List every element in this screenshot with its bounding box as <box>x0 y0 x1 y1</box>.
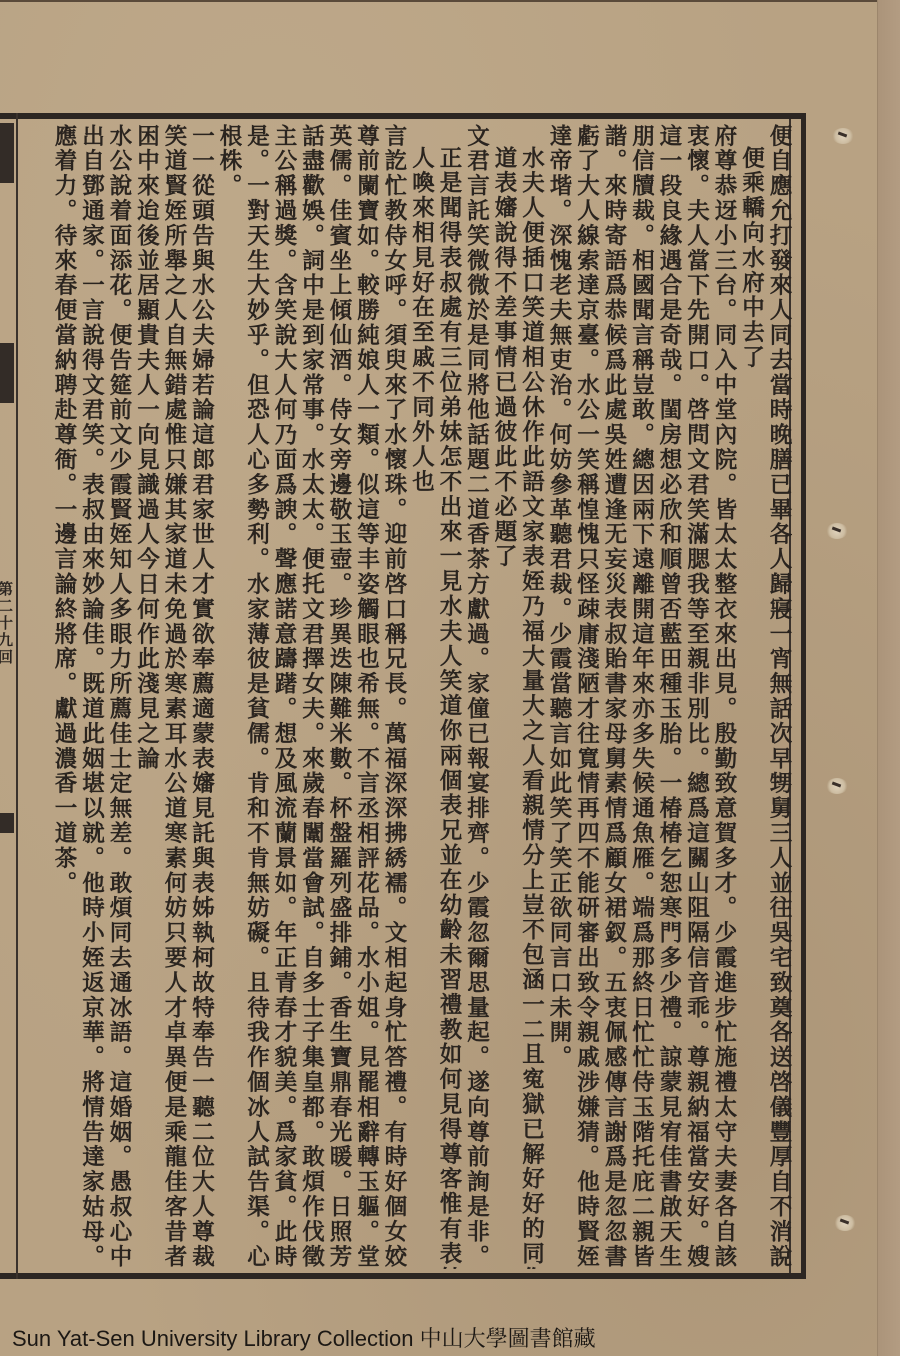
text-column: 言訖忙教侍女呼。須臾來了水懷珠。迎前啓口稱兄長。萬福深深拂綉襦。文相起身忙答禮。… <box>380 124 408 1269</box>
binding-hole-mark <box>832 128 854 144</box>
text-column: 話盡歡娛。詞中是到家常事。水太太。便托文君擇女夫。來歲春闈當會試。自多士子集皇都… <box>297 124 325 1269</box>
text-column: 主公稱過獎。含笑說大人何乃面爲諛。聲應諾意躊躇。想及風流蘭景如。年正青春才貌美。… <box>270 124 298 1269</box>
text-column: 便自應允打發來人同去當時晚膳已畢各人歸寢一宵無話次早甥舅三人並往吳宅致奠各送啓儀… <box>765 124 793 1269</box>
library-watermark: Sun Yat-Sen University Library Collectio… <box>12 1322 596 1353</box>
text-column: 府尊恭迓小三台。同入中堂內院。皆太太整衣來出見。殷勤致意賀多才。少霞進步忙施禮太… <box>710 124 738 1269</box>
text-column: 道表嬸說得不差事情已過彼此不必題了 <box>490 124 518 1269</box>
text-column: 虧了大人線索達京臺。水公一笑稱惶愧只怪疎庸淺陋才往寬情再四不能研審出致令親戚涉嫌… <box>572 124 600 1269</box>
center-fold-spine: 第二十九回 <box>0 113 18 1279</box>
text-column: 便乘轎向水府中去了 <box>737 124 765 1269</box>
text-column: 衷懷。夫人當下先開口。啓問文君笑滿腮我等至親非別比。總爲這關山阻隔信音乖。尊親納… <box>682 124 710 1269</box>
spine-fish-tail-mark <box>0 343 14 403</box>
binding-hole-mark <box>834 1215 856 1231</box>
text-column: 朋信牘裁。相國聞言稱豈敢。總因兩下遠離開這年來亦多失候通魚雁。端爲那終日忙忙侍玉… <box>627 124 655 1269</box>
text-columns: 便自應允打發來人同去當時晚膳已畢各人歸寢一宵無話次早甥舅三人並往吳宅致奠各送啓儀… <box>24 124 792 1269</box>
text-column: 文君言託笑微微於是同將他話題二道香茶方獻過。家僮已報宴排齊。少霞忽爾思量起。遂向… <box>462 124 490 1269</box>
text-column: 困中來迨後並居顯貴夫人一向見識過人今日何作此淺見之論 <box>132 124 160 1269</box>
text-column: 出自鄧通家。一言說得文君笑。表叔由來妙論佳。既道此姻堪以就。他時小姪返京華。將情… <box>77 124 105 1269</box>
scanned-book-page: 第二十九回 便自應允打發來人同去當時晚膳已畢各人歸寢一宵無話次早甥舅三人並往吳宅… <box>0 0 900 1356</box>
spine-fish-tail-mark <box>0 123 14 183</box>
text-column: 達帝堦。深愧老夫無吏治。何妨參革聽君裁。少霞當聽言如此笑了笑正欲同言口未開。 <box>545 124 573 1269</box>
text-column: 水公說着面添花。便告筵前文少霞賢姪知人多眼力所薦佳士定無差。敢煩同去通冰語。這婚… <box>105 124 133 1269</box>
text-column: 是。一對天生大妙乎。但恐人心多勢利。水家薄彼是貧儒。肯和不肯無妨礙。且待我作個冰… <box>242 124 270 1269</box>
text-column: 水夫人便插口笑道相公休作此語文家表姪乃福大量大之人看親情分上豈不包涵一二且寃獄已… <box>517 124 545 1269</box>
text-column: 一一從頭告與水公夫婦若論這郎君家世人才實欲奉薦適蒙表嬸見託與表姊執柯故特奉告一聽… <box>187 124 215 1269</box>
spine-fish-tail-mark <box>0 813 14 833</box>
text-column: 正是聞得表叔處有三位弟妹怎不出來一見水夫人笑道你兩個表兄並在幼齡未習禮教如何見得… <box>435 124 463 1269</box>
text-column: 應着力。待來春便當納聘赴尊衙。一邊言論終將席。獻過濃香一道茶。 <box>50 124 78 1269</box>
text-column: 英儒。佳賓坐上傾仙酒。侍女旁邊敬玉壺。珍異迭陳難米數。杯盤羅列盛排鋪。香生寶鼎春… <box>325 124 353 1269</box>
binding-hole-mark <box>826 523 848 539</box>
page-top-edge <box>0 0 900 2</box>
chapter-label: 第二十九回 <box>0 581 16 666</box>
binding-hole-mark <box>826 778 848 794</box>
text-column: 諧。來時寄語爲恭候爲此處吳姓遭逢无妄災表叔貽書家母舅素情爲顧女裙釵。五衷佩感傳言… <box>600 124 628 1269</box>
page-fold-margin <box>877 0 900 1356</box>
text-column: 根株。 <box>215 124 243 1269</box>
text-column: 人喚來相見好在至戚不同外人也 <box>407 124 435 1269</box>
text-column: 笑道賢姪所舉之人自無錯處惟只嫌其家道未免過於寒素耳水公道寒素何妨只要人才卓異便是… <box>160 124 188 1269</box>
text-column: 這一段良緣遇合是奇哉。閨房想必欣和順曾否藍田種玉胎。一椿椿乞恕寒門多少禮。諒蒙見… <box>655 124 683 1269</box>
text-column: 尊前闌寶如。較勝純娘人一類。似這等丰姿觸眼也希無。不言丞相評花品。水小姐。見罷相… <box>352 124 380 1269</box>
